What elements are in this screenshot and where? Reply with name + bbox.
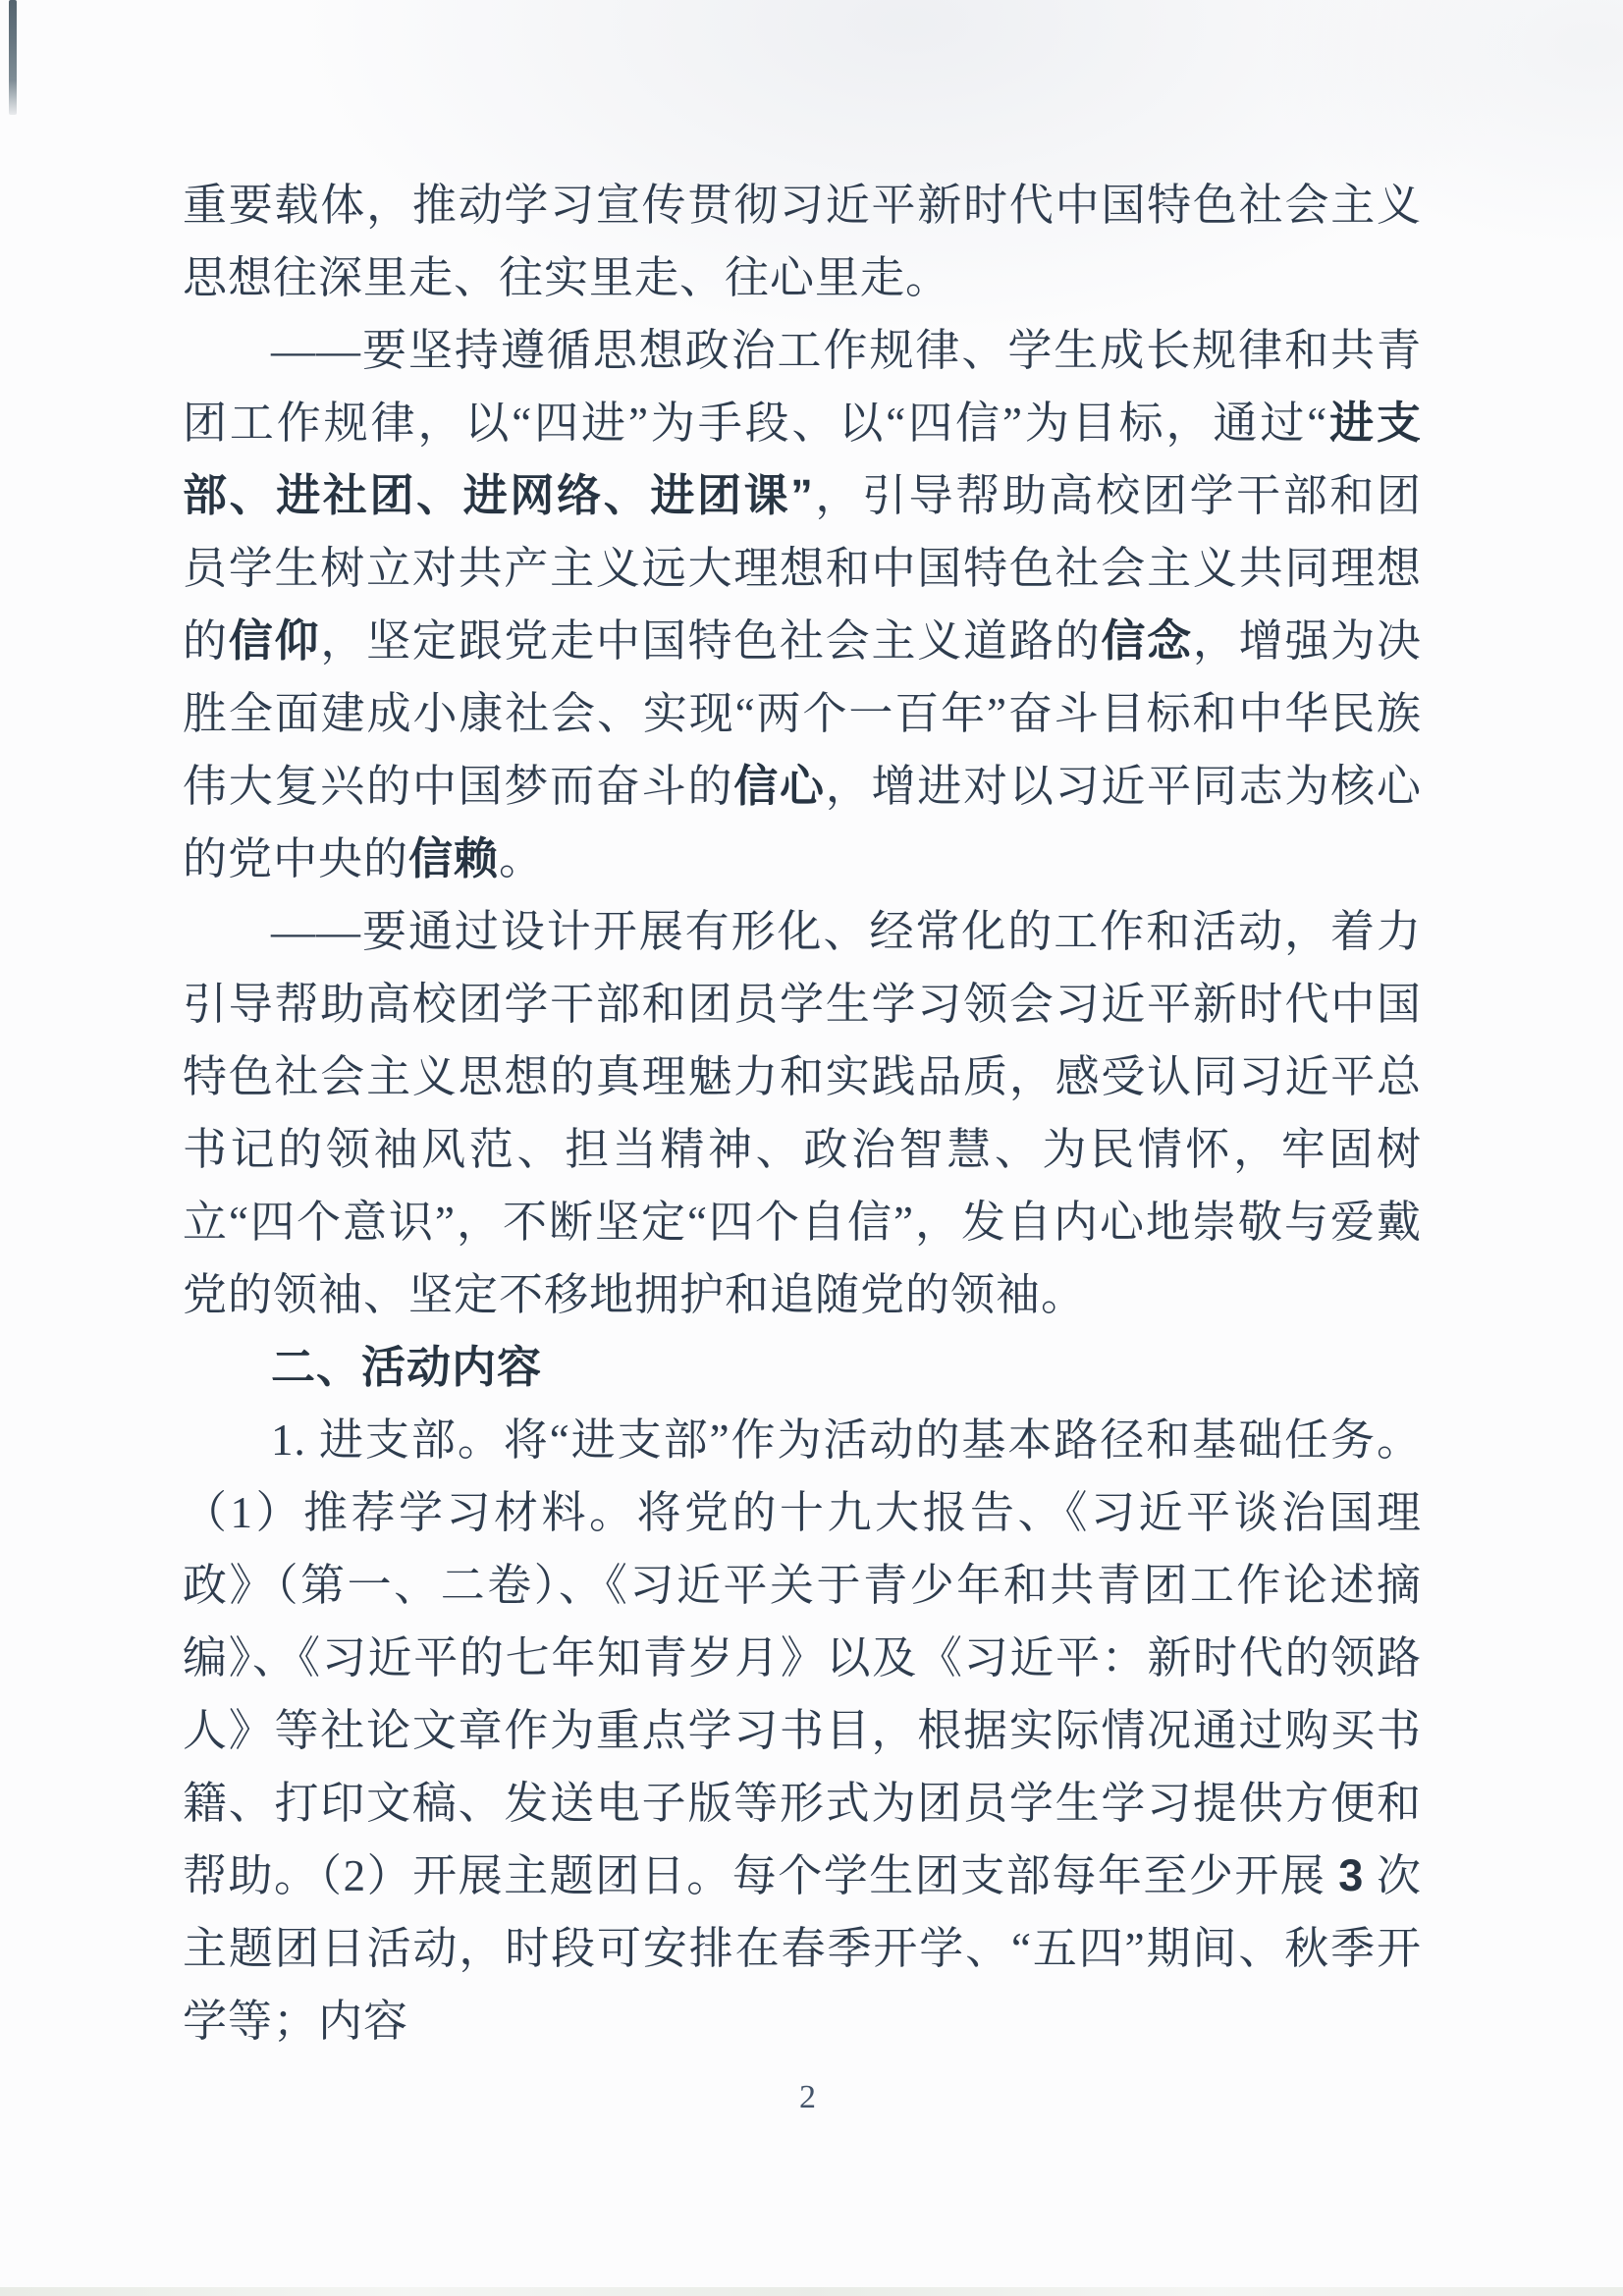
emphasis-text-run: 二、活动内容: [271, 1342, 542, 1392]
document-body: 重要载体，推动学习宣传贯彻习近平新时代中国特色社会主义思想往深里走、往实里走、往…: [183, 169, 1422, 2057]
text-run: 1. 进支部。将“进支部”作为活动的基本路径和基础任务。（1）推荐学习材料。将党…: [183, 1415, 1422, 1900]
emphasis-text-run: 3: [1338, 1850, 1364, 1900]
text-run: ——要坚持遵循思想政治工作规律、学生成长规律和共青团工作规律，以“四进”为手段、…: [183, 326, 1422, 448]
text-run: ——要通过设计开展有形化、经常化的工作和活动，着力引导帮助高校团学干部和团员学生…: [183, 907, 1422, 1319]
scan-bottom-noise: [0, 2287, 1623, 2296]
emphasis-text-run: 信赖: [408, 833, 499, 883]
paragraph-item-1: 1. 进支部。将“进支部”作为活动的基本路径和基础任务。（1）推荐学习材料。将党…: [183, 1404, 1422, 2057]
paragraph-dash-1: ——要坚持遵循思想政治工作规律、学生成长规律和共青团工作规律，以“四进”为手段、…: [183, 314, 1422, 895]
page-number: 2: [0, 2079, 1615, 2116]
emphasis-text-run: 信念: [1101, 615, 1193, 666]
paragraph-continuation: 重要载体，推动学习宣传贯彻习近平新时代中国特色社会主义思想往深里走、往实里走、往…: [183, 169, 1422, 314]
text-run: ，坚定跟党走中国特色社会主义道路的: [320, 616, 1101, 666]
scan-artifact-mark: [9, 0, 17, 115]
paragraph-dash-2: ——要通过设计开展有形化、经常化的工作和活动，着力引导帮助高校团学干部和团员学生…: [183, 895, 1422, 1331]
section-heading: 二、活动内容: [183, 1331, 1422, 1404]
document-page: 重要载体，推动学习宣传贯彻习近平新时代中国特色社会主义思想往深里走、往实里走、往…: [0, 0, 1623, 2296]
emphasis-text-run: 信仰: [229, 615, 321, 666]
text-run: 重要载体，推动学习宣传贯彻习近平新时代中国特色社会主义思想往深里走、往实里走、往…: [183, 181, 1422, 302]
emphasis-text-run: 信心: [733, 761, 826, 811]
text-run: 。: [499, 834, 544, 883]
